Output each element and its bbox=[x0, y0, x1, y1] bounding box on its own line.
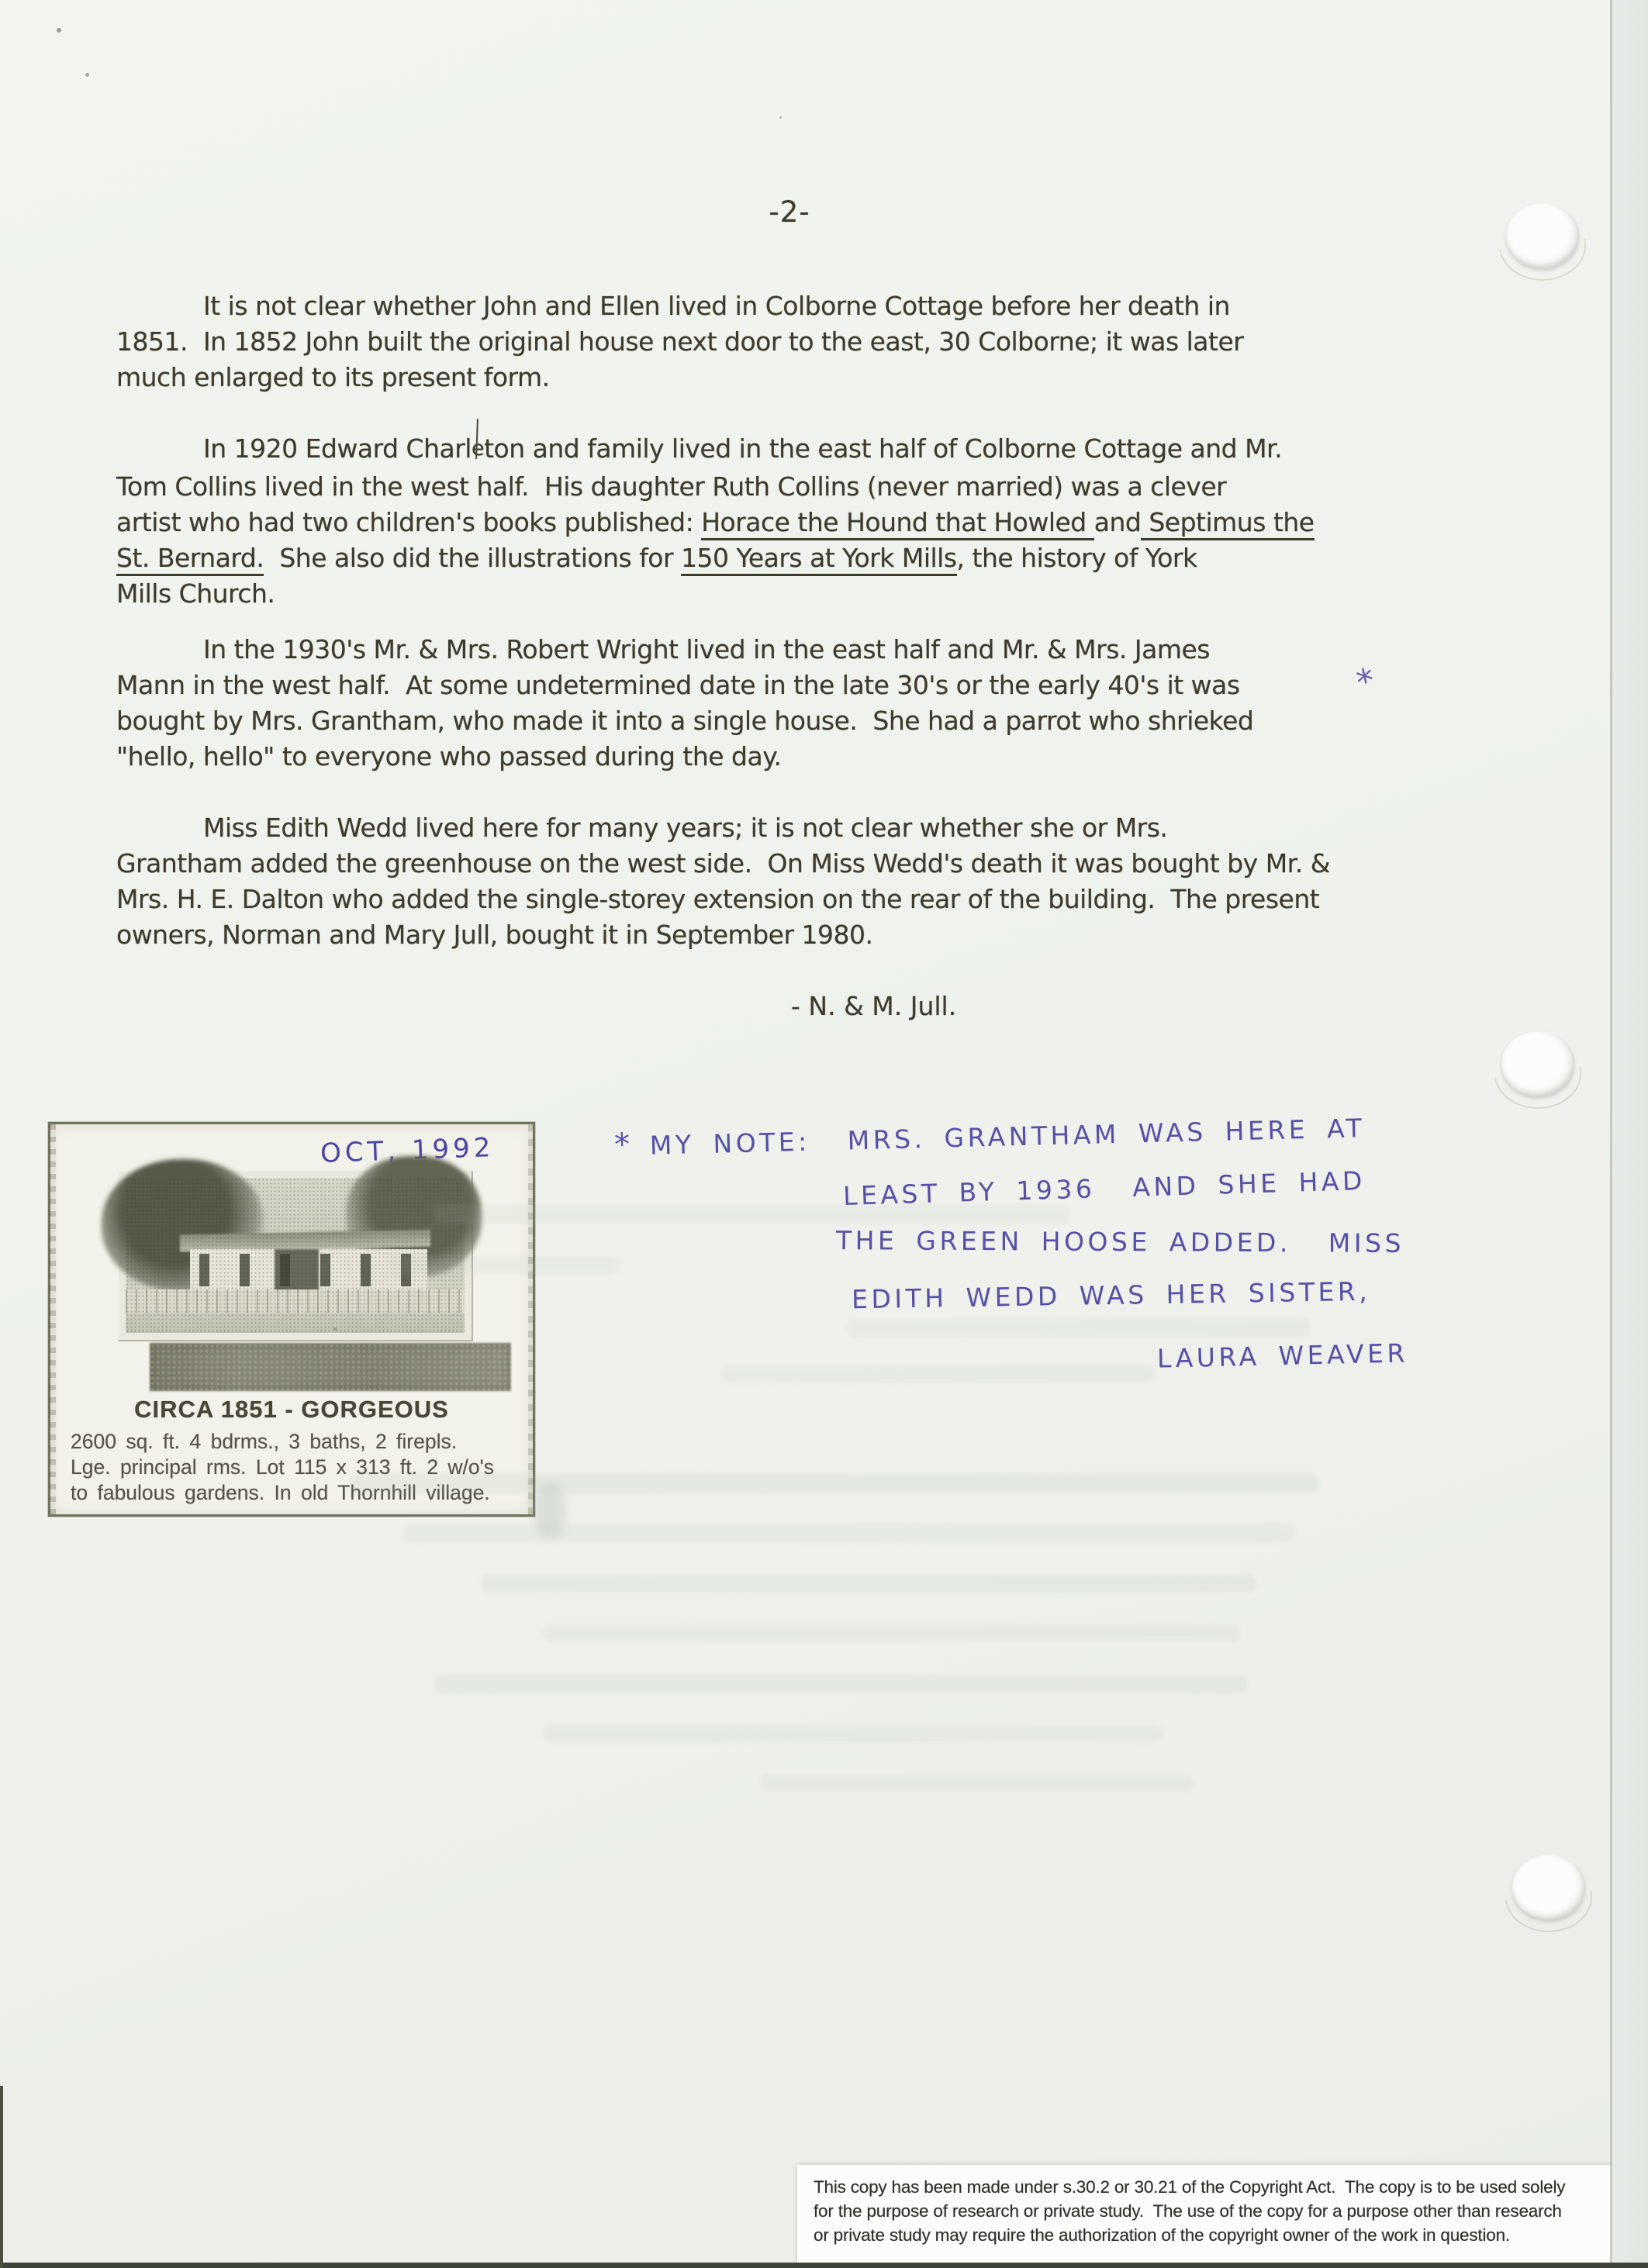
handwritten-line: THE GREEN HOOSE ADDED. MISS bbox=[836, 1225, 1404, 1258]
scan-edge-left bbox=[0, 2086, 3, 2268]
typed-line: Tom Collins lived in the west half. His … bbox=[116, 469, 1315, 505]
handwritten-line: LAURA WEAVER bbox=[1157, 1338, 1409, 1373]
bleed-through bbox=[845, 1318, 1311, 1337]
bleed-through bbox=[543, 1624, 1241, 1641]
copyright-line: for the purpose of research or private s… bbox=[814, 2199, 1648, 2223]
scan-edge-strip bbox=[1612, 0, 1648, 2268]
scan-edge-line bbox=[1610, 0, 1612, 2268]
typed-line: It is not clear whether John and Ellen l… bbox=[116, 288, 1243, 324]
text-segment: ton and family lived in the east half of… bbox=[484, 433, 1282, 464]
typed-line: Mrs. H. E. Dalton who added the single-s… bbox=[116, 882, 1330, 917]
text-segment: Mills Church. bbox=[116, 578, 275, 609]
typed-line: bought by Mrs. Grantham, who made it int… bbox=[116, 703, 1253, 739]
punch-hole bbox=[1512, 1855, 1585, 1920]
scanned-document-page: -2- It is not clear whether John and Ell… bbox=[0, 0, 1648, 2268]
inserted-letter: e bbox=[472, 431, 484, 467]
copyright-line: This copy has been made under s.30.2 or … bbox=[814, 2175, 1648, 2199]
punch-hole bbox=[1506, 203, 1579, 268]
paragraph: Miss Edith Wedd lived here for many year… bbox=[116, 810, 1330, 953]
text-segment: It is not clear whether John and Ellen l… bbox=[203, 291, 1230, 321]
copyright-line: or private study may require the authori… bbox=[814, 2223, 1648, 2247]
bleed-through bbox=[434, 1675, 1249, 1693]
typed-line: Grantham added the greenhouse on the wes… bbox=[116, 846, 1330, 882]
typed-line: owners, Norman and Mary Jull, bought it … bbox=[116, 917, 1330, 953]
text-segment: Grantham added the greenhouse on the wes… bbox=[116, 848, 1330, 879]
paper-speck bbox=[333, 1327, 337, 1331]
text-segment: Mrs. H. E. Dalton who added the single-s… bbox=[116, 884, 1319, 914]
text-segment: "hello, hello" to everyone who passed du… bbox=[116, 741, 782, 772]
clipping-details: 2600 sq. ft. 4 bdrms., 3 baths, 2 firepl… bbox=[71, 1429, 494, 1506]
asterisk-mark: * bbox=[614, 1127, 651, 1163]
bleed-through bbox=[543, 1725, 1163, 1742]
scan-edge-bottom bbox=[0, 2263, 1648, 2268]
signature-line: - N. & M. Jull. bbox=[791, 991, 956, 1021]
text-segment: Tom Collins lived in the west half. His … bbox=[116, 471, 1226, 502]
bleed-through bbox=[434, 1204, 1070, 1224]
typed-line: In the 1930's Mr. & Mrs. Robert Wright l… bbox=[116, 632, 1253, 668]
underlined-title-text: St. Bernard. bbox=[116, 543, 264, 576]
text-segment: and bbox=[1094, 507, 1142, 537]
bleed-through bbox=[349, 1473, 1318, 1493]
typed-line: Miss Edith Wedd lived here for many year… bbox=[116, 810, 1330, 846]
house-photo bbox=[119, 1171, 472, 1340]
text-segment: much enlarged to its present form. bbox=[116, 362, 550, 392]
bleed-through bbox=[481, 1574, 1256, 1593]
underlined-title-text: 150 Years at York Mills bbox=[681, 543, 956, 576]
punch-hole bbox=[1501, 1031, 1574, 1096]
bleed-through bbox=[388, 1256, 620, 1275]
paragraph: In the 1930's Mr. & Mrs. Robert Wright l… bbox=[116, 632, 1253, 775]
typed-line: St. Bernard. She also did the illustrati… bbox=[116, 540, 1315, 576]
handwritten-line: EDITH WEDD WAS HER SISTER, bbox=[852, 1276, 1371, 1315]
bleed-through bbox=[721, 1365, 1156, 1382]
handwritten-asterisk-mark: * bbox=[1353, 661, 1378, 702]
clipping-title: CIRCA 1851 - GORGEOUS bbox=[50, 1396, 533, 1424]
text-segment: 1851. In 1852 John built the original ho… bbox=[116, 326, 1243, 357]
typed-line: Mann in the west half. At some undetermi… bbox=[116, 668, 1253, 703]
typed-line: artist who had two children's books publ… bbox=[116, 505, 1315, 540]
text-segment: In 1920 Edward Charl bbox=[203, 433, 472, 464]
text-segment: Mann in the west half. At some undetermi… bbox=[116, 670, 1240, 700]
paragraph: In 1920 Edward Charleton and family live… bbox=[116, 431, 1315, 612]
paragraph: It is not clear whether John and Ellen l… bbox=[116, 288, 1243, 395]
page-number: -2- bbox=[743, 195, 836, 229]
paper-speck bbox=[57, 28, 61, 33]
bleed-through bbox=[760, 1774, 1194, 1791]
halftone-overlay bbox=[126, 1178, 465, 1333]
typed-line: In 1920 Edward Charleton and family live… bbox=[116, 431, 1315, 469]
paper-speck bbox=[779, 116, 782, 119]
paper-speck bbox=[85, 73, 89, 77]
clipping-detail-line: 2600 sq. ft. 4 bdrms., 3 baths, 2 firepl… bbox=[71, 1429, 494, 1455]
typed-line: 1851. In 1852 John built the original ho… bbox=[116, 324, 1243, 360]
text-segment: Miss Edith Wedd lived here for many year… bbox=[203, 813, 1167, 843]
text-segment: , the history of York bbox=[957, 543, 1197, 573]
text-segment: artist who had two children's books publ… bbox=[116, 507, 701, 537]
text-segment: In the 1930's Mr. & Mrs. Robert Wright l… bbox=[203, 634, 1210, 665]
underlined-title-text: Horace the Hound that Howled bbox=[701, 507, 1094, 540]
typed-line: much enlarged to its present form. bbox=[116, 360, 1243, 395]
scan-smudge bbox=[534, 1483, 566, 1538]
typed-line: "hello, hello" to everyone who passed du… bbox=[116, 739, 1253, 775]
text-segment: owners, Norman and Mary Jull, bought it … bbox=[116, 920, 872, 950]
photo-shadow-band bbox=[150, 1343, 511, 1391]
underlined-title-text: Septimus the bbox=[1141, 507, 1314, 540]
typed-line: Mills Church. bbox=[116, 576, 1315, 612]
newspaper-clipping: OCT, 1992 CIRCA 1851 - GORGEOUS 2600 sq.… bbox=[48, 1122, 535, 1517]
text-segment: She also did the illustrations for bbox=[264, 543, 681, 573]
copyright-notice: This copy has been made under s.30.2 or … bbox=[797, 2165, 1648, 2268]
handwritten-line: * MY NOTE: MRS. GRANTHAM WAS HERE AT bbox=[614, 1109, 1366, 1163]
text-segment: bought by Mrs. Grantham, who made it int… bbox=[116, 706, 1253, 736]
